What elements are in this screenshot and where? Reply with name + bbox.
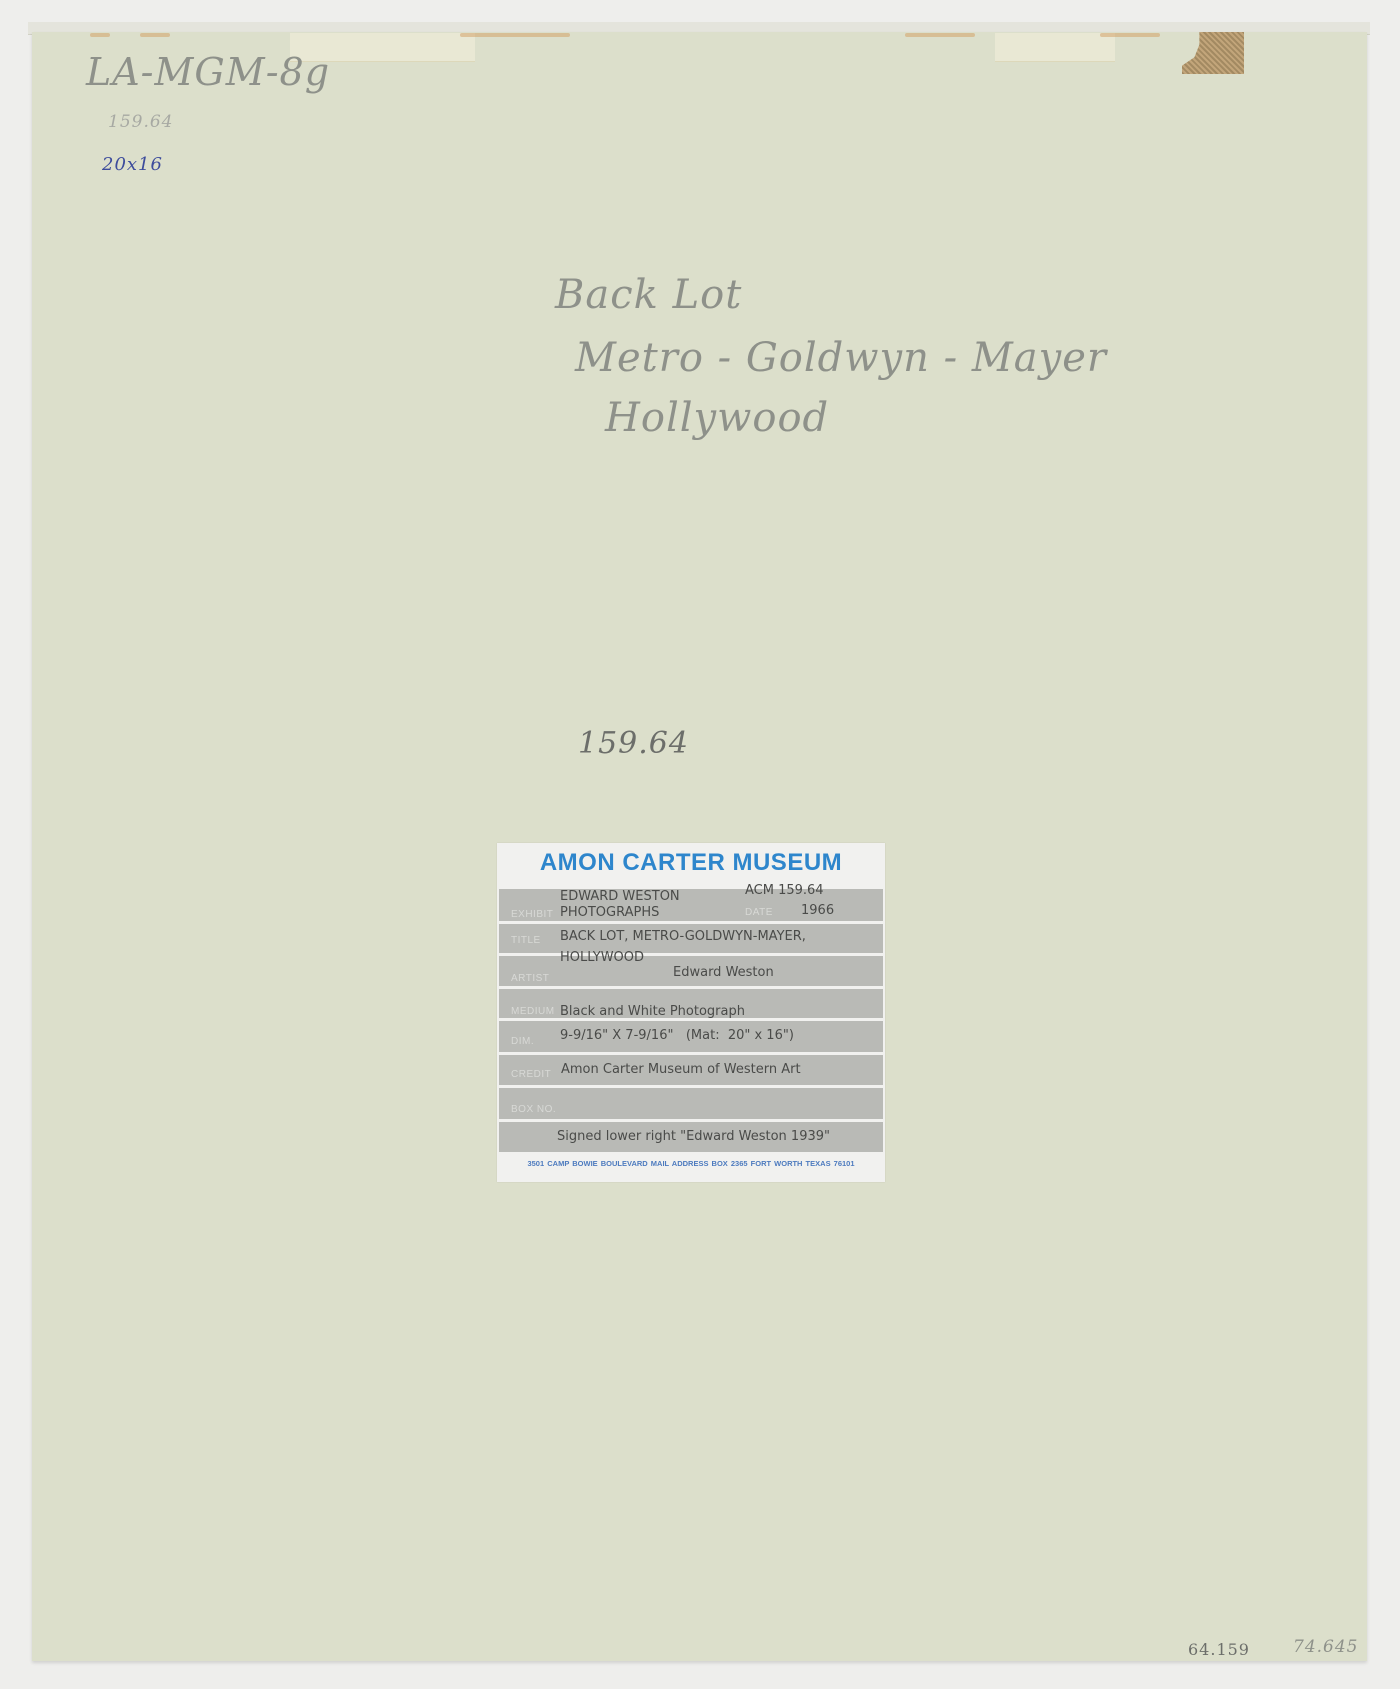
rust-stain [1100, 33, 1160, 37]
rust-stain [140, 33, 170, 37]
handwritten-code: LA-MGM-8g [86, 50, 330, 94]
label-row-artist: HOLLYWOOD ARTIST Edward Weston [499, 956, 883, 986]
handwritten-title-line1: Back Lot [555, 272, 742, 318]
handwritten-accession-small: 159.64 [108, 112, 173, 132]
label-row-title: TITLE BACK LOT, METRO-GOLDWYN-MAYER, [499, 924, 883, 953]
date-value: 1966 [801, 903, 834, 918]
exhibit-label: EXHIBIT [511, 909, 553, 920]
label-row-medium: MEDIUM Black and White Photograph [499, 989, 883, 1018]
title-line2: HOLLYWOOD [560, 950, 644, 965]
dim-label: DIM. [511, 1036, 534, 1047]
handwritten-number: 74.645 [1293, 1637, 1358, 1657]
handwritten-title-line3: Hollywood [605, 395, 829, 441]
handwritten-number: 64.159 [1188, 1640, 1250, 1659]
label-row-box: BOX NO. [499, 1088, 883, 1119]
rust-stain [460, 33, 570, 37]
title-label: TITLE [511, 935, 541, 946]
handwritten-mat-size: 20x16 [102, 154, 163, 175]
accession-number: ACM 159.64 [745, 883, 824, 898]
artist-value: Edward Weston [673, 965, 774, 980]
dim-value: 9-9/16" X 7-9/16" (Mat: 20" x 16") [560, 1028, 794, 1043]
label-row-dimensions: DIM. 9-9/16" X 7-9/16" (Mat: 20" x 16") [499, 1021, 883, 1052]
date-label: DATE [745, 907, 773, 918]
label-row-note: Signed lower right "Edward Weston 1939" [499, 1122, 883, 1152]
artist-label: ARTIST [511, 973, 549, 984]
handwritten-accession: 159.64 [578, 726, 689, 761]
credit-value: Amon Carter Museum of Western Art [561, 1062, 801, 1077]
medium-value: Black and White Photograph [560, 1004, 745, 1019]
signature-note: Signed lower right "Edward Weston 1939" [557, 1129, 830, 1144]
box-label: BOX NO. [511, 1104, 556, 1115]
museum-name: AMON CARTER MUSEUM [497, 849, 885, 877]
handwritten-title-line2: Metro - Goldwyn - Mayer [575, 335, 1107, 381]
title-line1: BACK LOT, METRO-GOLDWYN-MAYER, [560, 929, 806, 944]
label-row-exhibit: EXHIBIT EDWARD WESTON PHOTOGRAPHS ACM 15… [499, 889, 883, 921]
rust-stain [905, 33, 975, 37]
exhibit-line1: EDWARD WESTON [560, 889, 680, 904]
label-row-credit: CREDIT Amon Carter Museum of Western Art [499, 1055, 883, 1085]
tape-strip [995, 33, 1115, 62]
museum-address: 3501 CAMP BOWIE BOULEVARD MAIL ADDRESS B… [497, 1159, 885, 1168]
credit-label: CREDIT [511, 1069, 551, 1080]
medium-label: MEDIUM [511, 1006, 555, 1017]
exhibit-line2: PHOTOGRAPHS [560, 905, 659, 920]
museum-label: AMON CARTER MUSEUM EXHIBIT EDWARD WESTON… [497, 843, 885, 1182]
rust-stain [90, 33, 110, 37]
